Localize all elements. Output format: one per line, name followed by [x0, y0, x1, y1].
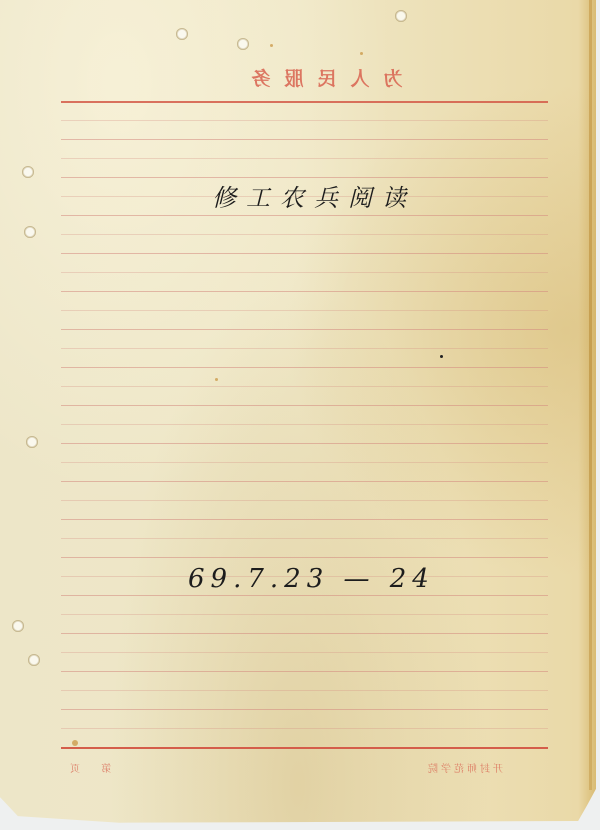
- stain-speck: [360, 52, 363, 55]
- footer-institution: 开封师范学院: [425, 760, 503, 775]
- ruled-line: [61, 386, 548, 387]
- ruled-line: [61, 348, 548, 349]
- paper-blemish: [395, 10, 407, 22]
- ruled-line: [61, 652, 548, 653]
- binding-hole: [26, 436, 38, 448]
- printed-header-title: 为人民服务: [225, 64, 415, 91]
- ruled-line: [61, 272, 548, 273]
- ruled-line-bottom: [61, 747, 548, 749]
- stain-speck: [270, 44, 273, 47]
- ruled-line: [61, 671, 548, 672]
- ruled-line: [61, 291, 548, 292]
- footer-page-label: 第 页: [70, 760, 111, 775]
- stain-speck: [72, 740, 78, 746]
- ruled-line: [61, 690, 548, 691]
- ruled-line: [61, 424, 548, 425]
- ruled-line: [61, 120, 548, 121]
- ruled-line: [61, 234, 548, 235]
- ruled-line: [61, 158, 548, 159]
- ruled-line: [61, 462, 548, 463]
- stain-speck: [215, 378, 218, 381]
- ruled-line: [61, 538, 548, 539]
- ruled-line: [61, 481, 548, 482]
- paper-blemish: [237, 38, 249, 50]
- handwritten-date: 69.7.23 — 24: [188, 564, 435, 594]
- binding-hole: [24, 226, 36, 238]
- ruled-line: [61, 500, 548, 501]
- binding-hole: [12, 620, 24, 632]
- ruled-line: [61, 139, 548, 140]
- ruled-line: [61, 709, 548, 710]
- ruled-line: [61, 101, 548, 103]
- ruled-line: [61, 519, 548, 520]
- ruled-line: [61, 253, 548, 254]
- handwritten-title: 修工农兵阅读: [212, 178, 416, 213]
- binding-hole: [22, 166, 34, 178]
- ink-dot: [440, 355, 443, 358]
- ruled-line: [61, 614, 548, 615]
- ruled-line: [61, 405, 548, 406]
- binding-hole: [28, 654, 40, 666]
- ruled-line: [61, 728, 548, 729]
- paper-sheet: 为人民服务 修工农兵阅读 69.7.23 — 24 第 页 开封师范学院: [0, 0, 596, 826]
- ruled-line: [61, 595, 548, 596]
- ruled-line: [61, 215, 548, 216]
- ruled-line: [61, 329, 548, 330]
- paper-blemish: [176, 28, 188, 40]
- ruled-line: [61, 367, 548, 368]
- ruled-line: [61, 557, 548, 558]
- ruled-line: [61, 443, 548, 444]
- ruled-line: [61, 310, 548, 311]
- paper-edge-stain: [589, 0, 592, 790]
- ruled-line: [61, 633, 548, 634]
